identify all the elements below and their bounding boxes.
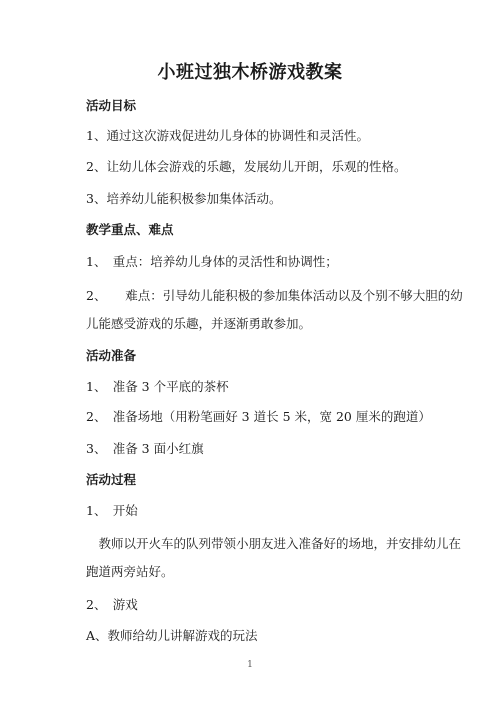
section-heading-key-points: 教学重点、难点	[86, 220, 174, 238]
process-step-1: 1、 开始	[86, 501, 138, 519]
document-page: 小班过独木桥游戏教案 活动目标 1、通过这次游戏促进幼儿身体的协调性和灵活性。 …	[0, 0, 500, 708]
prep-item-1: 1、 准备 3 个平底的茶杯	[86, 377, 229, 395]
key-point-2: 2、 难点：引导幼儿能积极的参加集体活动以及个别不够大胆的幼	[86, 286, 463, 304]
page-number: 1	[0, 660, 500, 670]
section-heading-preparation: 活动准备	[86, 346, 136, 364]
prep-item-3: 3、 准备 3 面小红旗	[86, 439, 204, 457]
goal-item-1: 1、通过这次游戏促进幼儿身体的协调性和灵活性。	[86, 126, 369, 144]
section-heading-goals: 活动目标	[86, 96, 136, 114]
section-heading-process: 活动过程	[86, 470, 136, 488]
goal-item-2: 2、让幼儿体会游戏的乐趣，发展幼儿开朗，乐观的性格。	[86, 157, 406, 175]
goal-item-3: 3、培养幼儿能积极参加集体活动。	[86, 189, 281, 207]
prep-item-2: 2、 准备场地（用粉笔画好 3 道长 5 米，宽 20 厘米的跑道）	[86, 407, 431, 425]
process-step-1-text-cont: 跑道两旁站好。	[86, 562, 174, 580]
process-step-1-text: 教师以开火车的队列带领小朋友进入准备好的场地，并安排幼儿在	[86, 534, 461, 552]
document-title: 小班过独木桥游戏教案	[0, 58, 500, 84]
key-point-2-cont: 儿能感受游戏的乐趣，并逐渐勇敢参加。	[86, 314, 311, 332]
process-step-2a: A、教师给幼儿讲解游戏的玩法	[86, 626, 258, 644]
key-point-1: 1、 重点：培养幼儿身体的灵活性和协调性；	[86, 252, 338, 270]
process-step-2: 2、 游戏	[86, 595, 138, 613]
